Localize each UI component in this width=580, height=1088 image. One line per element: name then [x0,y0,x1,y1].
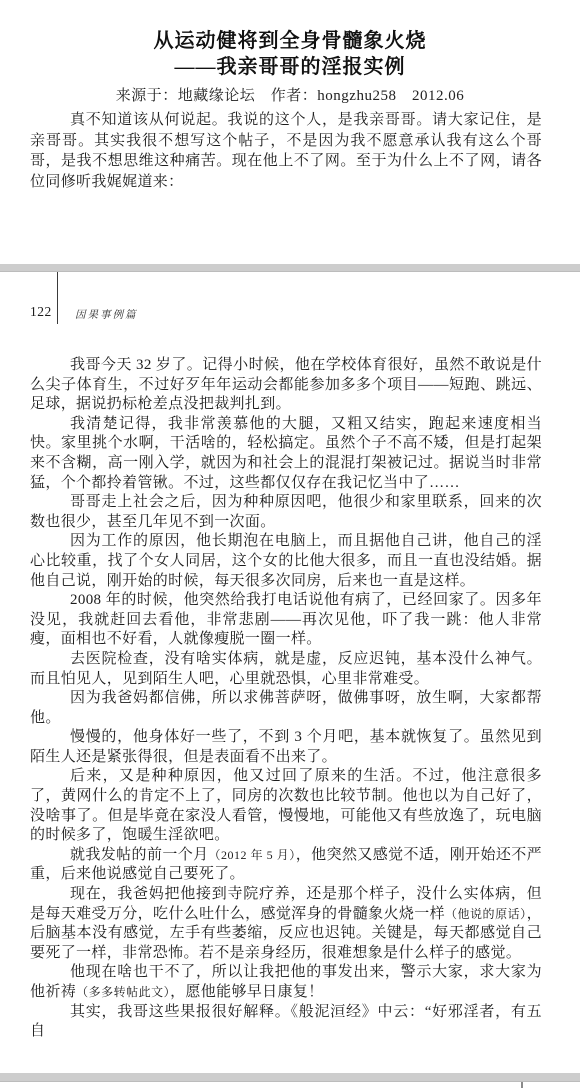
body-paragraph: 我哥今天 32 岁了。记得小时候，他在学校体育很好，虽然不敢说是什么尖子体育生，… [30,356,542,415]
body-paragraph: 其实，我哥这些果报很好解释。《般泥洹经》中云：“好邪淫者，有五自 [30,1003,542,1042]
parenthetical-note: （2012 年 5 月） [209,848,296,862]
body-paragraph: 后来，又是种种原因，他又过回了原来的生活。不过，他注意很多了，黄网什么的肯定不上… [30,767,542,845]
article-body: 我哥今天 32 岁了。记得小时候，他在学校体育很好，虽然不敢说是什么尖子体育生，… [30,356,542,1042]
header-vertical-rule [57,272,58,324]
body-paragraph: 我清楚记得，我非常羡慕他的大腿，又粗又结实，跑起来速度相当快。家里挑个水啊，干活… [30,415,542,493]
parenthetical-note: （多多转帖此文） [76,985,170,999]
body-paragraph: 现在，我爸妈把他接到寺院疗养，还是那个样子，没什么实体病，但是每天难受万分，吃什… [30,885,542,963]
body-paragraph: 哥哥走上社会之后，因为种种原因吧，他很少和家里联系，回来的次数也很少，甚至几年见… [30,493,542,532]
intro-paragraph: 真不知道该从何说起。我说的这个人，是我亲哥哥。请大家记住，是亲哥哥。其实我很不想… [30,110,542,193]
page-separator-band-bottom [0,1073,580,1082]
section-title: 因果事例篇 [75,307,138,322]
article-title-line1: 从运动健将到全身骨髓象火烧 [0,28,580,54]
article-title-line2: ——我亲哥哥的淫报实例 [0,54,580,80]
body-paragraph: 慢慢的，他身体好一些了，不到 3 个月吧，基本就恢复了。虽然见到陌生人还是紧张得… [30,728,542,767]
body-paragraph: 就我发帖的前一个月（2012 年 5 月），他突然又感觉不适，刚开始还不严重，后… [30,846,542,885]
page-separator-band [0,264,580,272]
page-number: 122 [30,304,52,320]
body-paragraph: 去医院检查，没有啥实体病，就是虚，反应迟钝，基本没什么神气。而且怕见人，见到陌生… [30,650,542,689]
body-paragraph: 他现在啥也干不了，所以让我把他的事发出来，警示大家，求大家为他祈祷（多多转帖此文… [30,963,542,1002]
body-paragraph: 因为工作的原因，他长期泡在电脑上，而且据他自己讲，他自己的淫心比较重，找了个女人… [30,532,542,591]
body-paragraph: 2008 年的时候，他突然给我打电话说他有病了，已经回家了。因多年没见，我就赶回… [30,591,542,650]
next-page-header-rule [521,1082,523,1088]
parenthetical-note: （他说的原话） [445,907,527,921]
article-source-line: 来源于：地藏缘论坛 作者：hongzhu258 2012.06 [0,84,580,105]
body-paragraph: 因为我爸妈都信佛，所以求佛菩萨呀，做佛事呀，放生啊，大家都帮他。 [30,689,542,728]
